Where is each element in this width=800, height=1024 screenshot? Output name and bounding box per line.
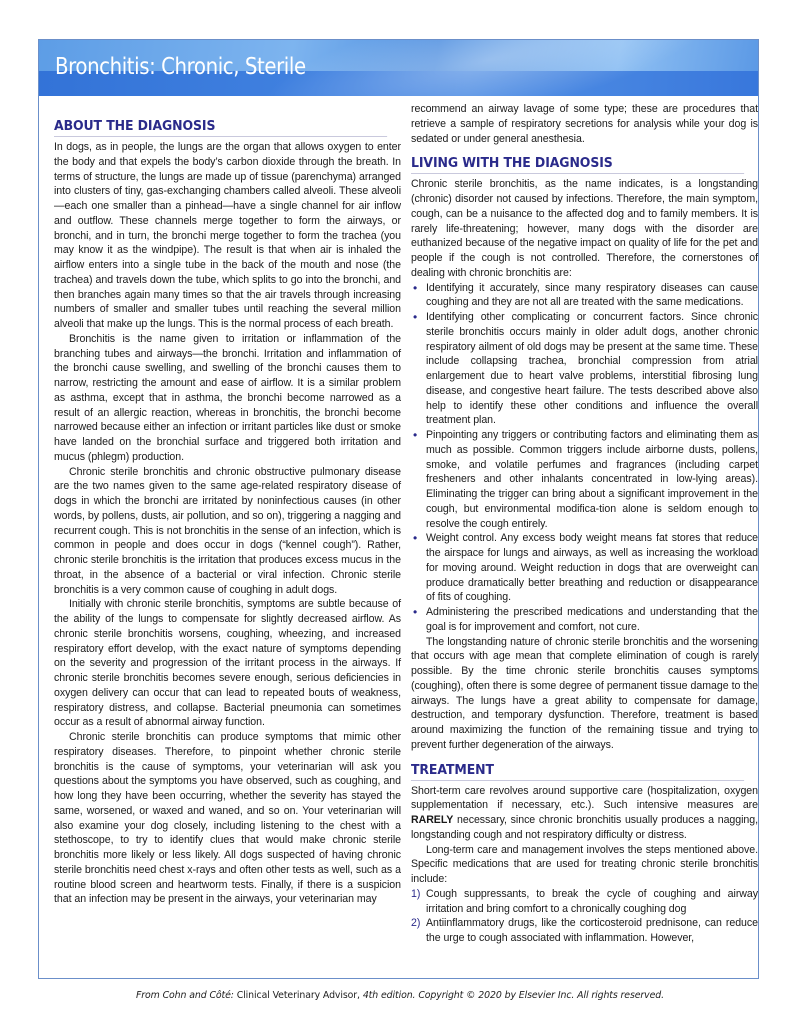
list-item: 1)Cough suppressants, to break the cycle… bbox=[411, 887, 758, 917]
rarely-emphasis: RARELY bbox=[411, 814, 453, 826]
medications-list: 1)Cough suppressants, to break the cycle… bbox=[411, 887, 758, 946]
left-column: ABOUT THE DIAGNOSIS In dogs, as in peopl… bbox=[54, 118, 401, 907]
footer-edition: 4th edition. Copyright © 2020 by Elsevie… bbox=[363, 990, 664, 1001]
treatment-long-term: Long-term care and management involves t… bbox=[411, 843, 758, 887]
list-item: Identifying other complicating or concur… bbox=[411, 310, 758, 428]
cornerstones-list: Identifying it accurately, since many re… bbox=[411, 281, 758, 635]
about-paragraph-4: Initially with chronic sterile bronchiti… bbox=[54, 597, 401, 730]
page-title: Bronchitis: Chronic, Sterile bbox=[55, 54, 306, 80]
item-number: 1) bbox=[411, 887, 420, 902]
item-text: Antiinflammatory drugs, like the cortico… bbox=[426, 917, 758, 944]
heading-treatment: TREATMENT bbox=[411, 762, 744, 781]
living-intro: Chronic sterile bronchitis, as the name … bbox=[411, 177, 758, 280]
title-banner: Bronchitis: Chronic, Sterile bbox=[39, 40, 758, 96]
footer-source: From Cohn and Côté: bbox=[136, 990, 234, 1001]
right-column: recommend an airway lavage of some type;… bbox=[411, 102, 758, 946]
list-item: Administering the prescribed medications… bbox=[411, 605, 758, 635]
short-term-text-cont: necessary, since chronic bronchitis usua… bbox=[411, 814, 758, 841]
about-continuation: recommend an airway lavage of some type;… bbox=[411, 102, 758, 146]
heading-living-with-diagnosis: LIVING WITH THE DIAGNOSIS bbox=[411, 155, 744, 174]
item-text: Cough suppressants, to break the cycle o… bbox=[426, 888, 758, 915]
list-item: 2)Antiinflammatory drugs, like the corti… bbox=[411, 916, 758, 946]
heading-about-diagnosis: ABOUT THE DIAGNOSIS bbox=[54, 118, 387, 137]
about-paragraph-5: Chronic sterile bronchitis can produce s… bbox=[54, 730, 401, 907]
treatment-short-term: Short-term care revolves around supporti… bbox=[411, 784, 758, 843]
about-paragraph-2: Bronchitis is the name given to irritati… bbox=[54, 332, 401, 465]
living-closing: The longstanding nature of chronic steri… bbox=[411, 635, 758, 753]
list-item: Weight control. Any excess body weight m… bbox=[411, 531, 758, 605]
copyright-footer: From Cohn and Côté: Clinical Veterinary … bbox=[0, 990, 800, 1001]
list-item: Identifying it accurately, since many re… bbox=[411, 281, 758, 311]
about-paragraph-1: In dogs, as in people, the lungs are the… bbox=[54, 140, 401, 332]
list-item: Pinpointing any triggers or contributing… bbox=[411, 428, 758, 531]
about-paragraph-3: Chronic sterile bronchitis and chronic o… bbox=[54, 465, 401, 598]
footer-book: Clinical Veterinary Advisor, bbox=[234, 990, 363, 1001]
page-frame: Bronchitis: Chronic, Sterile ABOUT THE D… bbox=[38, 39, 759, 979]
short-term-text: Short-term care revolves around supporti… bbox=[411, 785, 758, 812]
item-number: 2) bbox=[411, 916, 420, 931]
